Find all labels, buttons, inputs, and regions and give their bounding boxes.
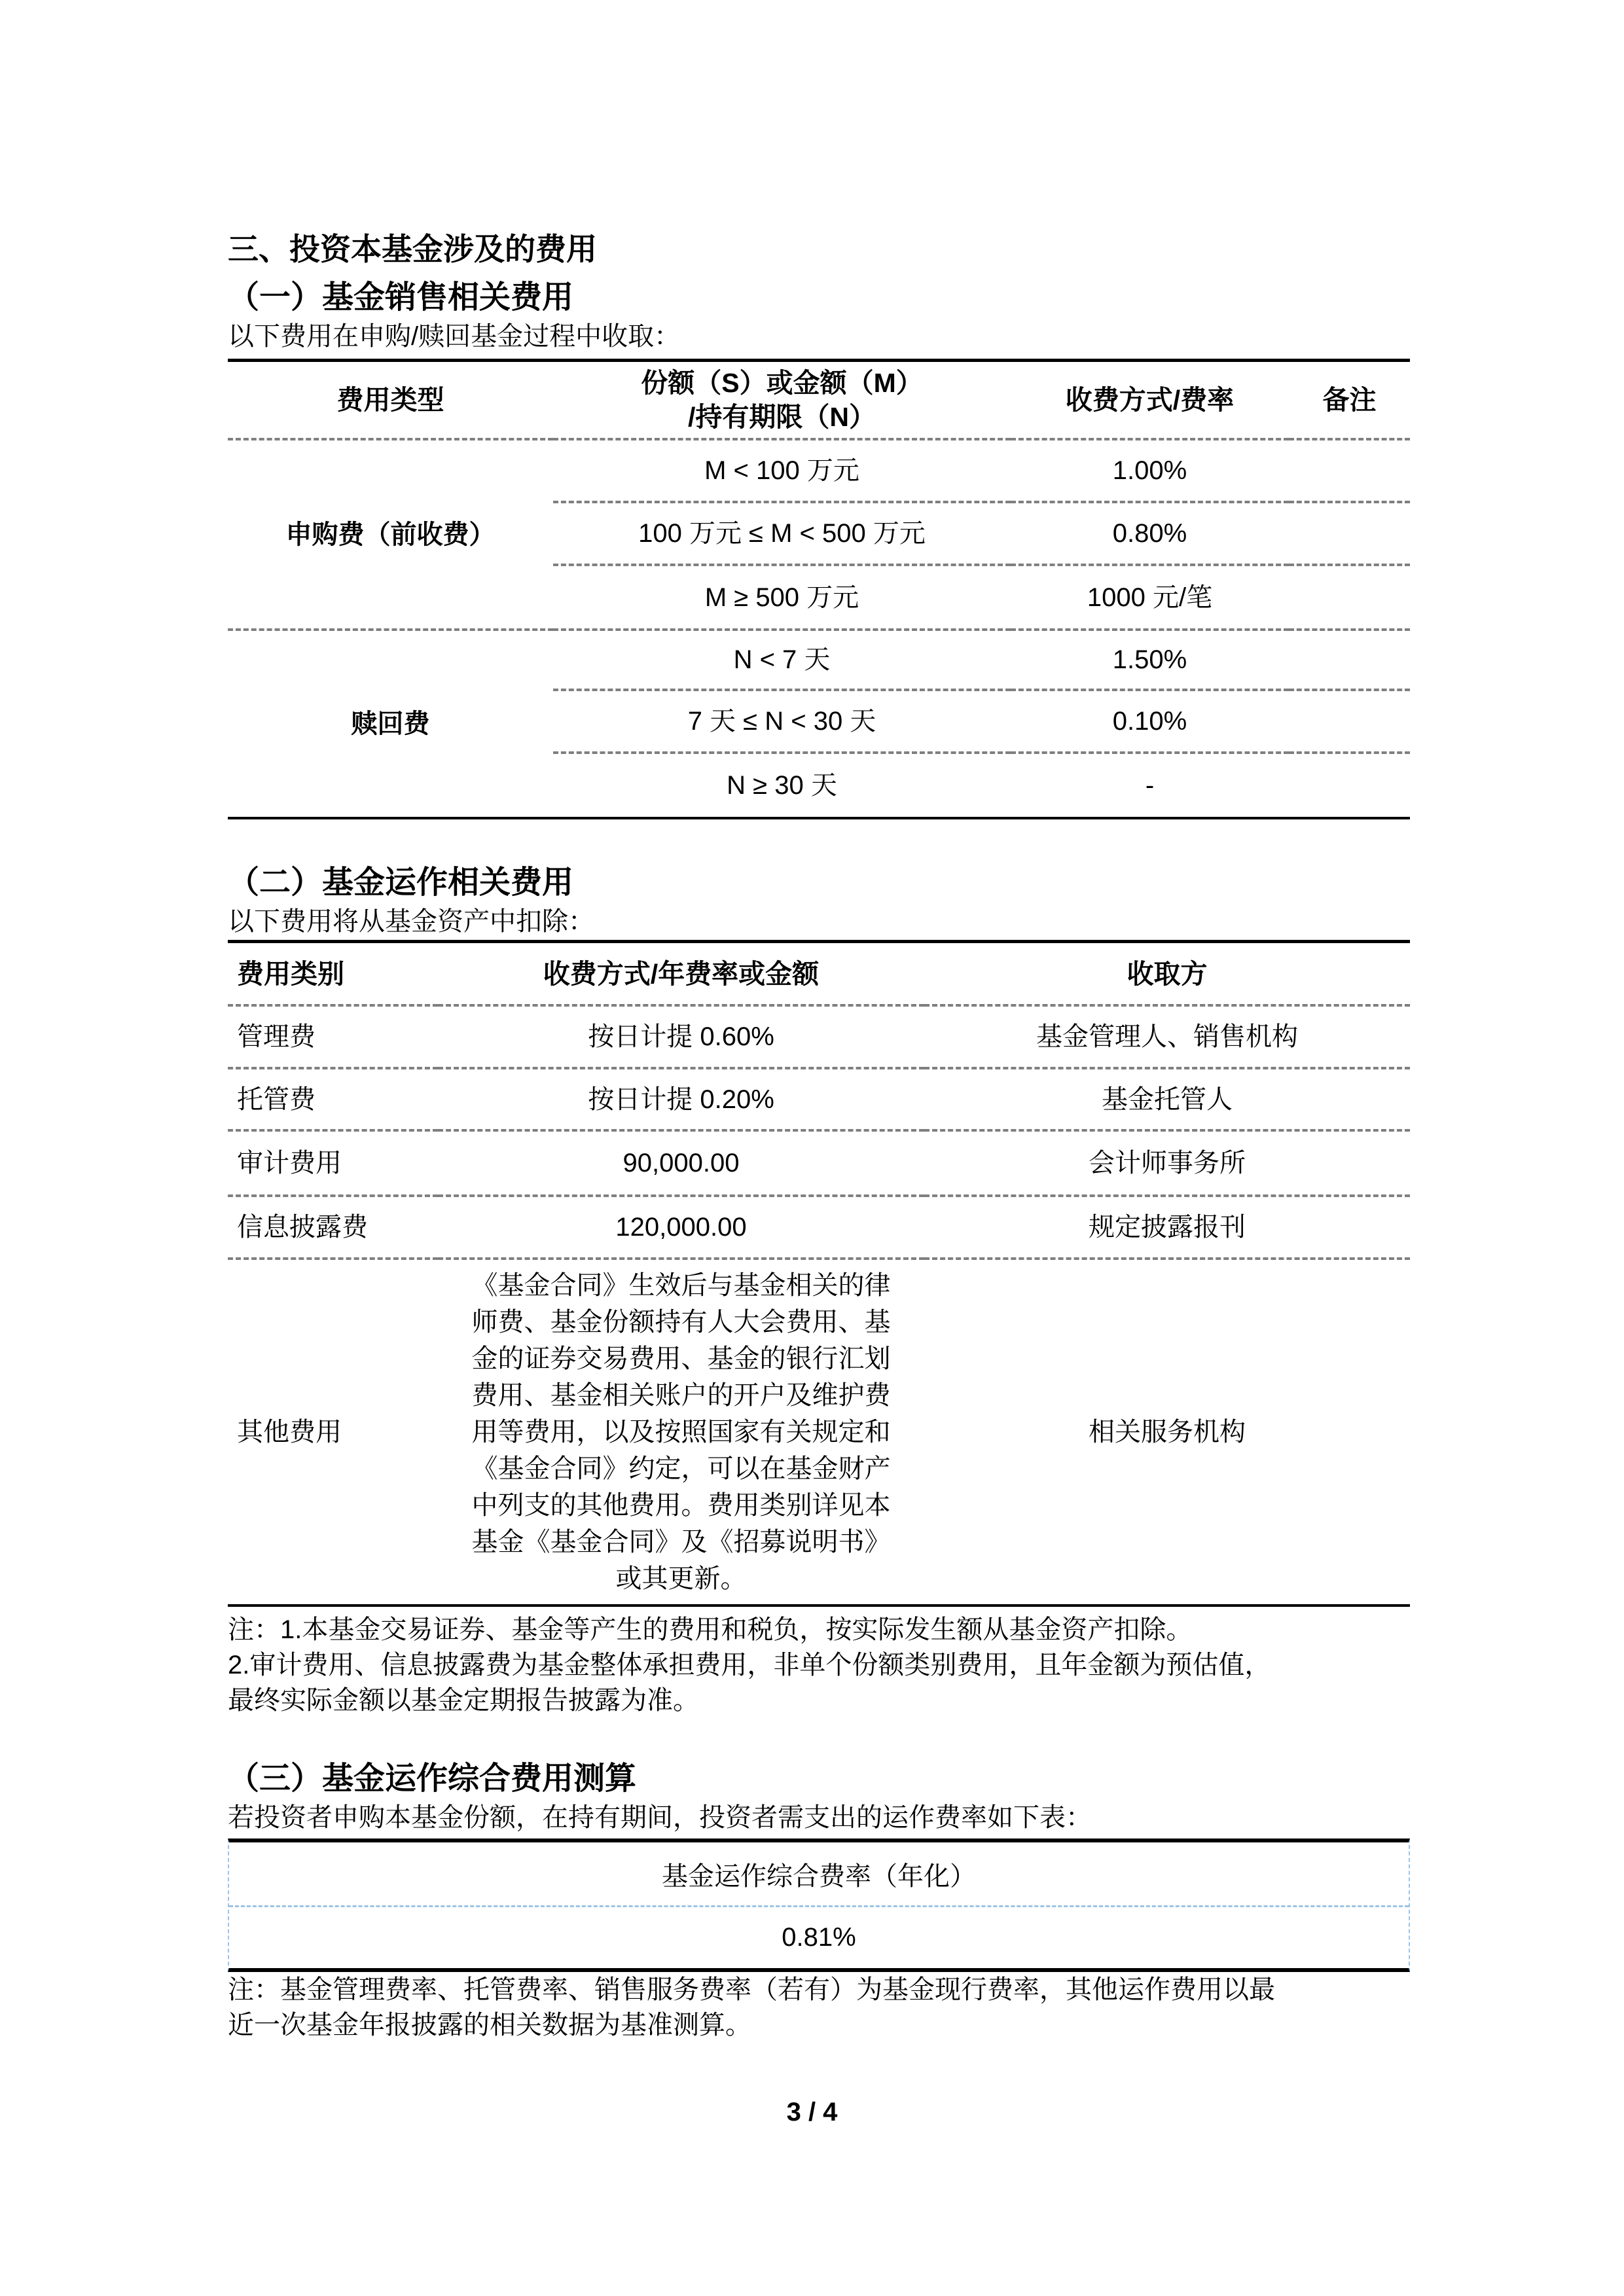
remark-cell [1289,691,1410,754]
table-notes: 注：1.本基金交易证券、基金等产生的费用和税负，按实际发生额从基金资产扣除。 2… [228,1612,1410,1718]
composite-rate-header: 基金运作综合费率（年化） [229,1842,1409,1907]
fee-payee-cell: 基金托管人 [924,1069,1410,1132]
composite-note: 注：基金管理费率、托管费率、销售服务费率（若有）为基金现行费率，其他运作费用以最… [228,1972,1410,2043]
other-fees-description: 《基金合同》生效后与基金相关的律 师费、基金份额持有人大会费用、基 金的证券交易… [438,1260,924,1604]
section-2-subtitle: （二）基金运作相关费用 [228,863,1410,903]
section-3-intro: 若投资者申购本基金份额，在持有期间，投资者需支出的运作费率如下表： [228,1799,1410,1836]
composite-rate-box: 基金运作综合费率（年化） 0.81% [228,1839,1410,1972]
group-label-redemption-fee: 赎回费 [228,628,553,817]
section-2-intro: 以下费用将从基金资产中扣除： [228,903,1410,940]
remark-cell [1289,440,1410,503]
fee-payee-cell: 相关服务机构 [924,1260,1410,1604]
th-amount-basis: 份额（S）或金额（M） /持有期限（N） [553,362,1011,440]
fee-method-cell: 90,000.00 [438,1132,924,1197]
page-number: 3 / 4 [0,2098,1624,2127]
group-label-subscription-fee: 申购费（前收费） [228,440,553,628]
section-1-title: 三、投资本基金涉及的费用 [228,229,1410,270]
th-remark: 备注 [1289,362,1410,440]
composite-rate-value: 0.81% [229,1907,1409,1968]
rate-cell: 1.00% [1011,440,1289,503]
remark-cell [1289,628,1410,691]
th-payee: 收取方 [924,943,1410,1007]
condition-cell: 7 天 ≤ N < 30 天 [553,691,1011,754]
fee-name-cell: 管理费 [228,1007,438,1069]
th-fee-type: 费用类型 [228,362,553,440]
fee-method-cell: 120,000.00 [438,1197,924,1260]
condition-cell: N ≥ 30 天 [553,754,1011,817]
th-fee-category: 费用类别 [228,943,438,1007]
th-charge-method: 收费方式/费率 [1011,362,1289,440]
fee-name-cell: 其他费用 [228,1260,438,1604]
th-method-rate: 收费方式/年费率或金额 [438,943,924,1007]
note-line-2: 2.审计费用、信息披露费为基金整体承担费用，非单个份额类别费用，且年金额为预估值… [228,1647,1410,1718]
fee-payee-cell: 会计师事务所 [924,1132,1410,1197]
section-1-intro: 以下费用在申购/赎回基金过程中收取： [228,318,1410,355]
condition-cell: M ≥ 500 万元 [553,566,1011,628]
condition-cell: N < 7 天 [553,628,1011,691]
fee-method-cell: 按日计提 0.60% [438,1007,924,1069]
rate-cell: 1000 元/笔 [1011,566,1289,628]
remark-cell [1289,754,1410,817]
section-3-subtitle: （三）基金运作综合费用测算 [228,1759,1410,1799]
condition-cell: 100 万元 ≤ M < 500 万元 [553,503,1011,566]
rate-cell: - [1011,754,1289,817]
fee-method-cell: 按日计提 0.20% [438,1069,924,1132]
section-1-subtitle: （一）基金销售相关费用 [228,278,1410,318]
note-line-1: 注：1.本基金交易证券、基金等产生的费用和税负，按实际发生额从基金资产扣除。 [228,1612,1410,1647]
doc-content: 三、投资本基金涉及的费用 （一）基金销售相关费用 以下费用在申购/赎回基金过程中… [228,0,1410,2043]
remark-cell [1289,503,1410,566]
remark-cell [1289,566,1410,628]
condition-cell: M < 100 万元 [553,440,1011,503]
rate-cell: 0.10% [1011,691,1289,754]
fee-name-cell: 审计费用 [228,1132,438,1197]
operation-fee-table: 费用类别 收费方式/年费率或金额 收取方 管理费 按日计提 0.60% 基金管理… [228,940,1410,1607]
rate-cell: 1.50% [1011,628,1289,691]
rate-cell: 0.80% [1011,503,1289,566]
sales-fee-table: 费用类型 份额（S）或金额（M） /持有期限（N） 收费方式/费率 备注 申购费… [228,359,1410,819]
fee-payee-cell: 基金管理人、销售机构 [924,1007,1410,1069]
page: 三、投资本基金涉及的费用 （一）基金销售相关费用 以下费用在申购/赎回基金过程中… [0,0,1624,2296]
fee-name-cell: 信息披露费 [228,1197,438,1260]
fee-payee-cell: 规定披露报刊 [924,1197,1410,1260]
fee-name-cell: 托管费 [228,1069,438,1132]
